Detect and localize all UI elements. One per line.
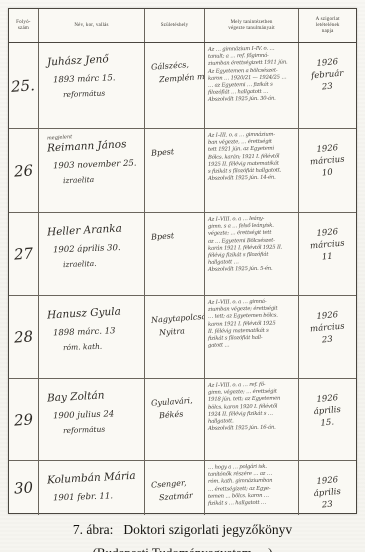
religion: róm. kath.	[47, 340, 141, 353]
birth-date: 1901 febr. 11.	[47, 489, 141, 504]
serial-number: 29	[13, 410, 33, 429]
cell-name-age-religion: Juhász Jenő 1893 márc 15. református	[39, 43, 145, 128]
studies-note-line: Abszolvált 1925 jún. 5-én.	[208, 266, 297, 275]
cell-studies-note: Az I–VIII. o. a … gimná-ziumban végezte;…	[205, 296, 299, 378]
column-header: Születéshely	[145, 9, 205, 42]
table-row: 25. Juhász Jenő 1893 márc 15. református…	[9, 43, 356, 129]
birth-date: 1893 márc 15.	[47, 71, 141, 86]
studies-note-line: Abszolvált 1925 jún. 30-án.	[208, 96, 297, 105]
serial-number: 25.	[11, 76, 36, 96]
cell-serial-number: 29	[9, 379, 39, 460]
figure-caption: 7. ábra:Doktori szigorlati jegyzőkönyv	[0, 522, 365, 538]
religion: izraelita.	[47, 257, 141, 270]
religion	[47, 505, 140, 508]
figure-caption-text: Doktori szigorlati jegyzőkönyv	[123, 522, 292, 537]
cell-birthplace: Bpest	[145, 213, 205, 295]
cell-birthplace: Nagytapolcsány,Nyitra	[145, 296, 205, 378]
cell-exam-date: 1926február23	[299, 43, 356, 128]
cell-exam-date: 1926április23	[299, 461, 356, 515]
religion: református	[47, 87, 141, 100]
religion: izraelita	[47, 173, 141, 186]
cell-exam-date: 1926március10	[299, 129, 356, 212]
figure-caption-line2-clipped: (Budapesti Tudományegyetem …)	[0, 545, 365, 552]
cell-birthplace: Bpest	[145, 129, 205, 212]
cell-birthplace: Csenger,Szatmár	[145, 461, 205, 515]
birth-date: 1900 julius 24	[47, 407, 141, 422]
studies-note-line: Abszolvált 1925 jún. 14-én.	[208, 174, 297, 183]
column-header: Név, kor, vallás	[39, 9, 145, 42]
serial-number: 28	[13, 327, 33, 346]
cell-exam-date: 1926március11	[299, 213, 356, 295]
table-row: 29 Bay Zoltán 1900 julius 24 református …	[9, 379, 356, 461]
cell-name-age-religion: megjelent Reimann János 1903 november 25…	[39, 129, 145, 212]
table-row: 28 Hanusz Gyula 1898 márc. 13 róm. kath.…	[9, 296, 356, 379]
cell-name-age-religion: Kolumbán Mária 1901 febr. 11.	[39, 461, 145, 515]
birthplace-line: Bpest	[151, 143, 202, 160]
column-header: Folyó- szám	[9, 9, 39, 42]
figure-caption-label: 7. ábra:	[73, 522, 113, 537]
serial-number: 26	[13, 161, 33, 180]
religion: református	[47, 423, 141, 436]
cell-name-age-religion: Heller Aranka 1902 április 30. izraelita…	[39, 213, 145, 295]
cell-exam-date: 1926április15.	[299, 379, 356, 460]
cell-birthplace: Gálszécs,Zemplén m.	[145, 43, 205, 128]
birthplace-line: Szatmár	[151, 488, 202, 505]
cell-studies-note: Az I–III. o. a … gimnázium-ban végezte, …	[205, 129, 299, 212]
cell-studies-note: Az I–VIII. o. a … leány-gimn. s a … fels…	[205, 213, 299, 295]
studies-note-line: gatott …	[208, 341, 297, 350]
cell-studies-note: … hogy a … polgári isk.tanítónők részére…	[205, 461, 299, 515]
cell-serial-number: 26	[9, 129, 39, 212]
cell-serial-number: 27	[9, 213, 39, 295]
birthplace-line: Bpest	[151, 227, 202, 244]
cell-serial-number: 30	[9, 461, 39, 515]
birth-date: 1898 márc. 13	[47, 324, 141, 339]
serial-number: 27	[13, 244, 33, 263]
birthplace-line: Békés	[151, 406, 202, 423]
registry-table: Folyó- számNév, kor, vallásSzületéshelyM…	[8, 8, 357, 514]
studies-note-line: Abszolvált 1925 jún. 16-án.	[208, 424, 297, 433]
cell-name-age-religion: Bay Zoltán 1900 julius 24 református	[39, 379, 145, 460]
cell-serial-number: 28	[9, 296, 39, 378]
birthplace-line: Nyitra	[151, 323, 202, 340]
table-body: 25. Juhász Jenő 1893 márc 15. református…	[9, 43, 356, 515]
column-header: Mely tanintézetben végezte tanulmányait	[205, 9, 299, 42]
cell-exam-date: 1926március23	[299, 296, 356, 378]
column-header: A szigorlat letételének napja	[299, 9, 356, 42]
birth-date: 1903 november 25.	[47, 157, 141, 172]
cell-name-age-religion: Hanusz Gyula 1898 márc. 13 róm. kath.	[39, 296, 145, 378]
table-row: 26 megjelent Reimann János 1903 november…	[9, 129, 356, 213]
studies-note-line: fizikát s … hallgatott …	[208, 499, 297, 508]
serial-number: 30	[13, 478, 33, 497]
cell-birthplace: Gyulavári,Békés	[145, 379, 205, 460]
cell-serial-number: 25.	[9, 43, 39, 128]
cell-studies-note: Az I–VIII. o. a … ref. fő-gimn. végezte;…	[205, 379, 299, 460]
cell-studies-note: Az … gimnázium I–IV. o. …tanult; a … ref…	[205, 43, 299, 128]
birthplace-line: Zemplén m.	[151, 70, 202, 87]
scanned-page-background: Folyó- számNév, kor, vallásSzületéshelyM…	[0, 0, 365, 552]
table-header-row: Folyó- számNév, kor, vallásSzületéshelyM…	[9, 9, 356, 43]
birth-date: 1902 április 30.	[47, 241, 141, 256]
table-row: 27 Heller Aranka 1902 április 30. izrael…	[9, 213, 356, 296]
table-row: 30 Kolumbán Mária 1901 febr. 11. Csenger…	[9, 461, 356, 515]
